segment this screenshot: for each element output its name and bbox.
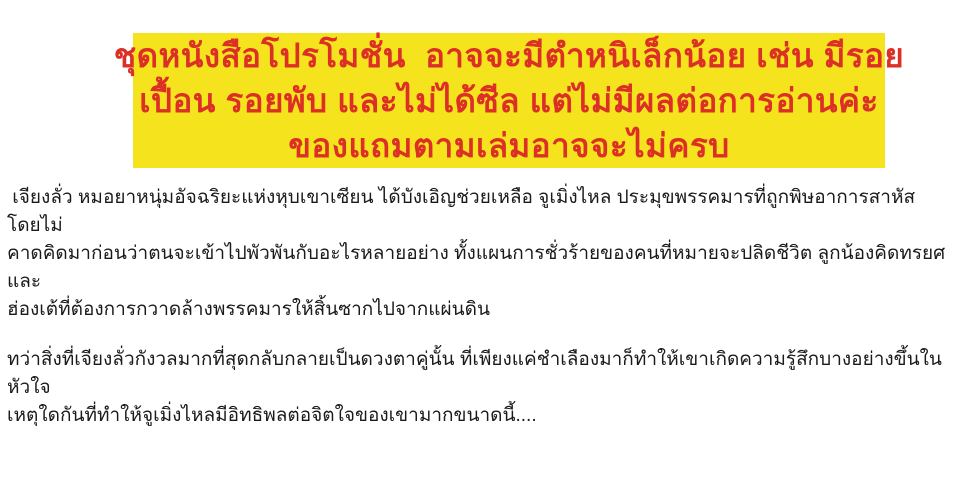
text-line: เหตุใดกันที่ทำให้จูเมิ่งไหลมีอิทธิพลต่อจ… — [7, 405, 537, 426]
page: ชุดหนังสือโปรโมชั่น อาจจะมีตำหนิเล็กน้อย… — [0, 0, 960, 477]
promo-banner: ชุดหนังสือโปรโมชั่น อาจจะมีตำหนิเล็กน้อย… — [133, 33, 885, 168]
text-line: ทว่าสิ่งที่เจียงลั่วกังวลมากที่สุดกลับกล… — [7, 349, 942, 398]
book-synopsis: เจียงลั่ว หมอยาหนุ่มอัจฉริยะแห่งหุบเขาเซ… — [7, 184, 947, 430]
banner-line-3: ของแถมตามเล่มอาจจะไม่ครบ — [288, 123, 729, 168]
text-line: ฮ่องเต้ที่ต้องการกวาดล้างพรรคมารให้สิ้นซ… — [7, 299, 490, 320]
banner-line-2: เปื้อน รอยพับ และไม่ได้ซีล แต่ไม่มีผลต่อ… — [139, 78, 878, 123]
synopsis-paragraph-2: ทว่าสิ่งที่เจียงลั่วกังวลมากที่สุดกลับกล… — [7, 346, 947, 430]
banner-line-1: ชุดหนังสือโปรโมชั่น อาจจะมีตำหนิเล็กน้อย… — [114, 33, 905, 78]
text-line: คาดคิดมาก่อนว่าตนจะเข้าไปพัวพันกับอะไรหล… — [7, 243, 951, 292]
text-line: เจียงลั่ว หมอยาหนุ่มอัจฉริยะแห่งหุบเขาเซ… — [7, 187, 920, 236]
synopsis-paragraph-1: เจียงลั่ว หมอยาหนุ่มอัจฉริยะแห่งหุบเขาเซ… — [7, 184, 947, 324]
